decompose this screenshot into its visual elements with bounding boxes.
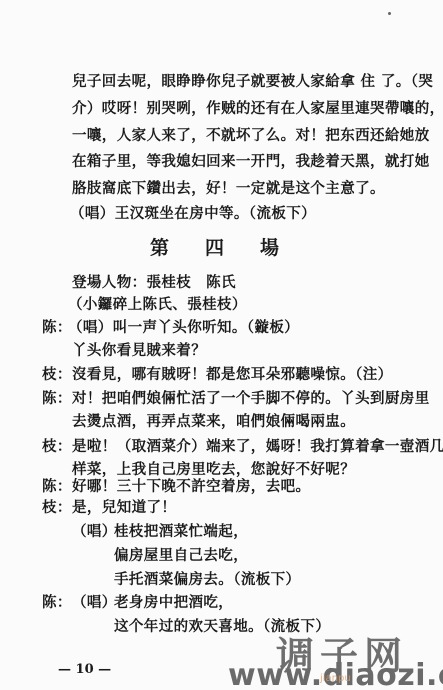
title-char: 四 bbox=[205, 233, 224, 260]
speck bbox=[388, 12, 391, 15]
speaker-label: 陈： bbox=[42, 390, 72, 408]
title-char: 場 bbox=[260, 233, 279, 260]
watermark-overlay: jianpu bbox=[320, 673, 351, 684]
speaker-label: 陈： bbox=[42, 478, 72, 496]
title-char: 第 bbox=[150, 233, 169, 260]
speaker-label: 枝： bbox=[42, 366, 72, 384]
speaker-label: 枝： bbox=[42, 499, 72, 517]
speaker-label: 陈： bbox=[42, 594, 72, 612]
speaker-label: 枝： bbox=[42, 438, 72, 456]
page-number: — 10 — bbox=[58, 662, 111, 677]
book-page: 兒子回去呢，眼睁睁你兒子就要被人家給拿 住 了。（哭 介）哎呀！别哭咧，作贼的还… bbox=[0, 0, 443, 690]
scene-title: 第四場 bbox=[150, 233, 315, 260]
